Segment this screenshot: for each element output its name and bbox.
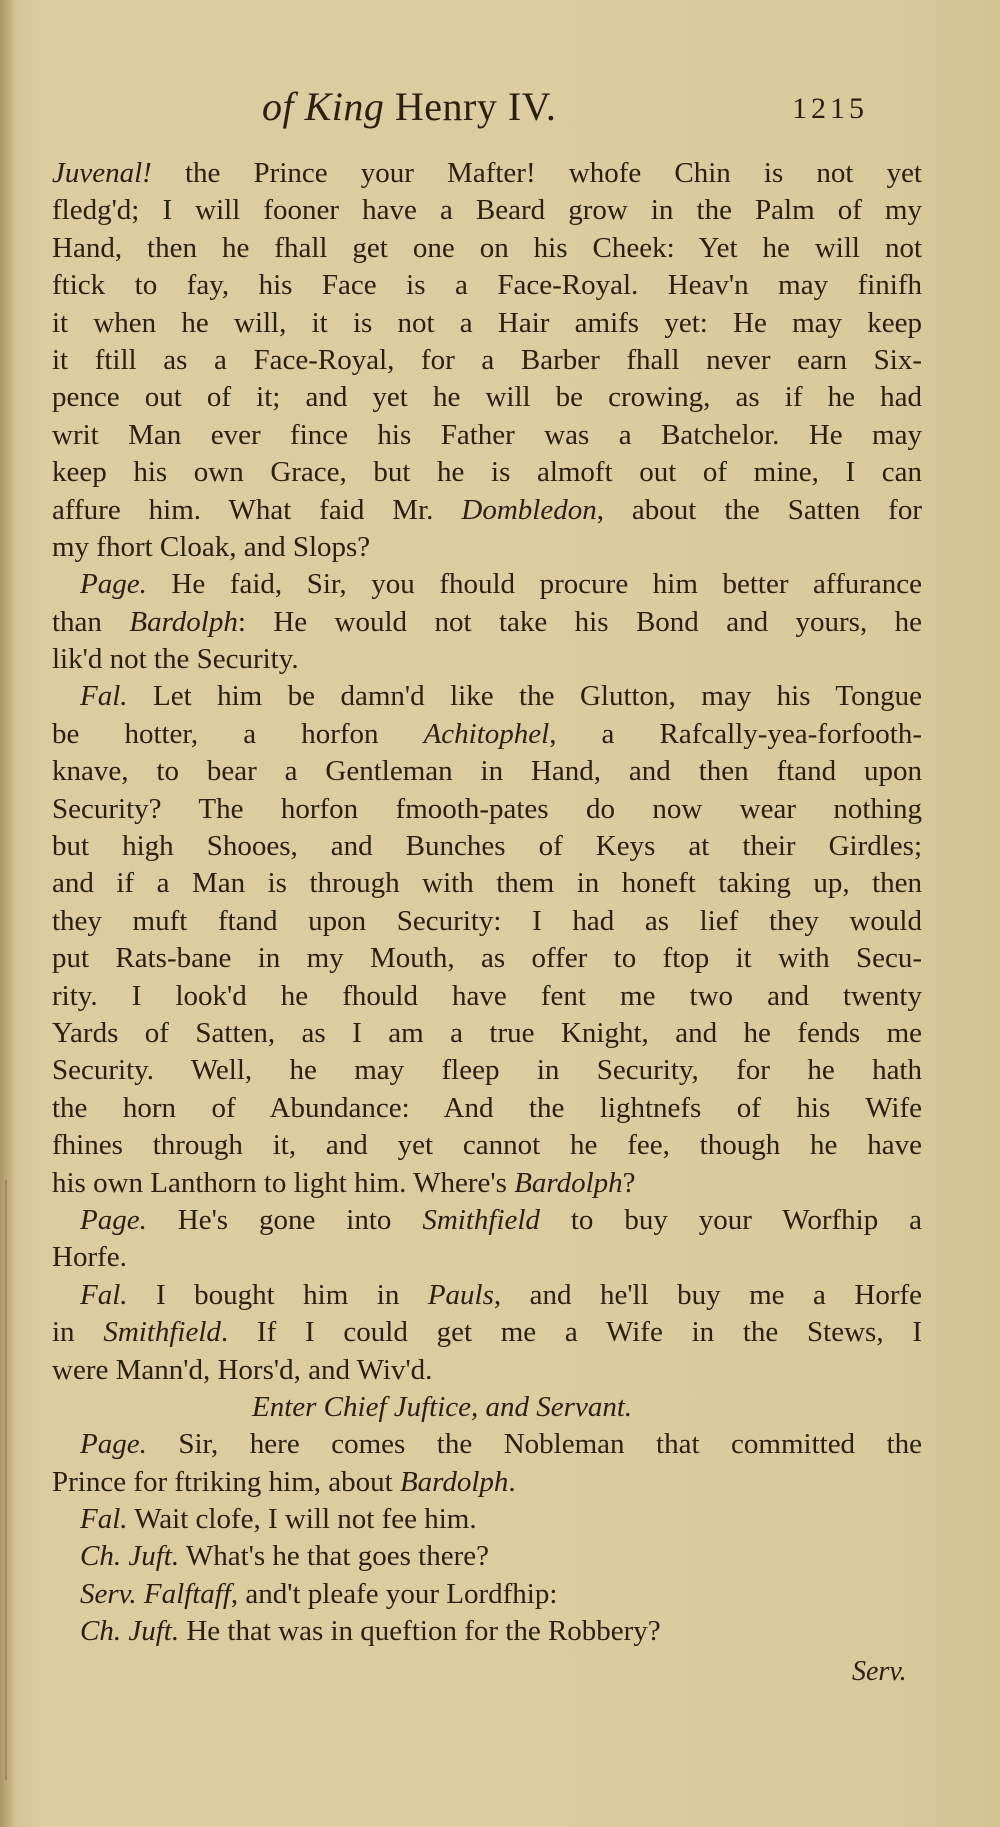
- text-line: ftick to fay, his Face is a Face-Royal. …: [52, 267, 922, 304]
- italic-text: Ch. Juft.: [80, 1615, 179, 1647]
- text-line: they muft ftand upon Security: I had as …: [52, 903, 922, 940]
- text-line: Page. He faid, Sir, you fhould procure h…: [52, 566, 922, 603]
- text-span: it when he will, it is not a Hair amifs …: [52, 307, 922, 339]
- page-header: of King Henry IV. 1215: [0, 82, 1000, 132]
- text-line: his own Lanthorn to light him. Where's B…: [52, 1165, 922, 1202]
- page-number: 1215: [792, 84, 868, 134]
- text-line: than Bardolph: He would not take his Bon…: [52, 604, 922, 641]
- text-span: He that was in queftion for the Robbery?: [179, 1615, 661, 1647]
- italic-text: Smithfield: [422, 1204, 540, 1236]
- text-line: rity. I look'd he fhould have fent me tw…: [52, 978, 922, 1015]
- text-span: my fhort Cloak, and Slops?: [52, 531, 370, 563]
- text-span: his own Lanthorn to light him. Where's: [52, 1167, 514, 1199]
- text-line: it ftill as a Face-Royal, for a Barber f…: [52, 342, 922, 379]
- text-line: Juvenal! the Prince your Mafter! whofe C…: [52, 155, 922, 192]
- italic-text: Page.: [80, 1428, 147, 1460]
- text-span: He faid, Sir, you fhould procure him bet…: [147, 568, 922, 600]
- text-span: Wait clofe, I will not fee him.: [128, 1503, 477, 1535]
- text-span: Enter Chief Juftice, and Servant.: [252, 1391, 632, 1423]
- text-span: ftick to fay, his Face is a Face-Royal. …: [52, 269, 922, 301]
- italic-text: Page.: [80, 568, 147, 600]
- text-span: and if a Man is through with them in hon…: [52, 867, 922, 899]
- text-span: knave, to bear a Gentleman in Hand, and …: [52, 755, 922, 787]
- text-span: Sir, here comes the Nobleman that commit…: [147, 1428, 922, 1460]
- text-line: put Rats-bane in my Mouth, as offer to f…: [52, 940, 922, 977]
- text-line: Fal. Let him be damn'd like the Glutton,…: [52, 678, 922, 715]
- text-span: rity. I look'd he fhould have fent me tw…: [52, 980, 922, 1012]
- text-span: in: [52, 1316, 103, 1348]
- italic-text: Fal.: [80, 680, 128, 712]
- text-line: keep his own Grace, but he is almoft out…: [52, 454, 922, 491]
- italic-text: Bardolph: [514, 1167, 622, 1199]
- text-span: Security? The horfon fmooth-pates do now…: [52, 793, 922, 825]
- running-title-prefix: of King: [262, 84, 384, 129]
- text-span: to buy your Worfhip a: [540, 1204, 922, 1236]
- page-fold-mark: [5, 1180, 7, 1780]
- text-line: Prince for ftriking him, about Bardolph.: [52, 1464, 922, 1501]
- italic-text: Pauls: [428, 1279, 494, 1311]
- italic-text: Page.: [80, 1204, 147, 1236]
- text-span: , and he'll buy me a Horfe: [494, 1279, 922, 1311]
- text-span: keep his own Grace, but he is almoft out…: [52, 456, 922, 488]
- text-span: , and't pleafe your Lordfhip:: [231, 1578, 558, 1610]
- text-span: : He would not take his Bond and yours, …: [238, 606, 922, 638]
- text-line: be hotter, a horfon Achitophel, a Rafcal…: [52, 716, 922, 753]
- text-line: Security. Well, he may fleep in Security…: [52, 1052, 922, 1089]
- text-line: Page. Sir, here comes the Nobleman that …: [52, 1426, 922, 1463]
- text-line: Security? The horfon fmooth-pates do now…: [52, 791, 922, 828]
- text-line: fledg'd; I will fooner have a Beard grow…: [52, 192, 922, 229]
- text-line: Ch. Juft. He that was in queftion for th…: [52, 1613, 922, 1650]
- text-line: but high Shooes, and Bunches of Keys at …: [52, 828, 922, 865]
- italic-text: Achitophel: [424, 718, 550, 750]
- text-line: the horn of Abundance: And the lightnefs…: [52, 1090, 922, 1127]
- text-span: He's gone into: [147, 1204, 422, 1236]
- running-title-main: Henry IV.: [395, 84, 557, 129]
- italic-text: Fal.: [80, 1503, 128, 1535]
- text-line: Ch. Juft. What's he that goes there?: [52, 1538, 922, 1575]
- italic-text: Ch. Juft.: [80, 1540, 179, 1572]
- text-line: Hand, then he fhall get one on his Cheek…: [52, 230, 922, 267]
- text-span: I bought him in: [128, 1279, 428, 1311]
- text-span: fhines through it, and yet cannot he fee…: [52, 1129, 922, 1161]
- text-line: affure him. What faid Mr. Dombledon, abo…: [52, 492, 922, 529]
- text-span: put Rats-bane in my Mouth, as offer to f…: [52, 942, 922, 974]
- text-line: Horfe.: [52, 1239, 922, 1276]
- text-span: Prince for ftriking him, about: [52, 1466, 400, 1498]
- text-span: pence out of it; and yet he will be crow…: [52, 381, 922, 413]
- text-span: than: [52, 606, 129, 638]
- italic-text: Dombledon: [461, 494, 596, 526]
- catchword: Serv.: [852, 1653, 907, 1690]
- running-title: of King Henry IV.: [262, 82, 556, 132]
- text-span: affure him. What faid Mr.: [52, 494, 461, 526]
- text-span: , about the Satten for: [597, 494, 922, 526]
- text-span: lik'd not the Security.: [52, 643, 299, 675]
- text-line: and if a Man is through with them in hon…: [52, 865, 922, 902]
- italic-text: Bardolph: [129, 606, 237, 638]
- italic-text: Fal.: [80, 1279, 128, 1311]
- text-span: be hotter, a horfon: [52, 718, 424, 750]
- italic-text: Juvenal!: [52, 157, 152, 189]
- text-line: pence out of it; and yet he will be crow…: [52, 379, 922, 416]
- text-span: the Prince your Mafter! whofe Chin is no…: [152, 157, 922, 189]
- text-line: fhines through it, and yet cannot he fee…: [52, 1127, 922, 1164]
- text-span: the horn of Abundance: And the lightnefs…: [52, 1092, 922, 1124]
- text-span: they muft ftand upon Security: I had as …: [52, 905, 922, 937]
- text-line: lik'd not the Security.: [52, 641, 922, 678]
- text-span: . If I could get me a Wife in the Stews,…: [221, 1316, 922, 1348]
- text-line: Fal. I bought him in Pauls, and he'll bu…: [52, 1277, 922, 1314]
- text-line: Page. He's gone into Smithfield to buy y…: [52, 1202, 922, 1239]
- italic-text: Serv. Falftaff: [80, 1578, 231, 1610]
- text-span: writ Man ever fince his Father was a Bat…: [52, 419, 922, 451]
- text-line: writ Man ever fince his Father was a Bat…: [52, 417, 922, 454]
- text-span: were Mann'd, Hors'd, and Wiv'd.: [52, 1354, 432, 1386]
- italic-text: Bardolph: [400, 1466, 508, 1498]
- text-span: Hand, then he fhall get one on his Cheek…: [52, 232, 922, 264]
- text-span: ?: [623, 1167, 636, 1199]
- text-span: Yards of Satten, as I am a true Knight, …: [52, 1017, 922, 1049]
- text-span: but high Shooes, and Bunches of Keys at …: [52, 830, 922, 862]
- text-line: Enter Chief Juftice, and Servant.: [52, 1389, 922, 1426]
- text-span: fledg'd; I will fooner have a Beard grow…: [52, 194, 922, 226]
- italic-text: Smithfield: [103, 1316, 221, 1348]
- text-line: were Mann'd, Hors'd, and Wiv'd.: [52, 1352, 922, 1389]
- text-span: What's he that goes there?: [179, 1540, 489, 1572]
- text-span: .: [508, 1466, 515, 1498]
- text-span: , a Rafcally-yea-forfooth-: [549, 718, 922, 750]
- body-text: Juvenal! the Prince your Mafter! whofe C…: [52, 155, 922, 1651]
- text-span: it ftill as a Face-Royal, for a Barber f…: [52, 344, 922, 376]
- text-line: knave, to bear a Gentleman in Hand, and …: [52, 753, 922, 790]
- text-line: Serv. Falftaff, and't pleafe your Lordfh…: [52, 1576, 922, 1613]
- text-span: Let him be damn'd like the Glutton, may …: [128, 680, 922, 712]
- text-line: my fhort Cloak, and Slops?: [52, 529, 922, 566]
- text-span: Horfe.: [52, 1241, 127, 1273]
- page-gutter-shadow: [0, 0, 16, 1827]
- text-line: it when he will, it is not a Hair amifs …: [52, 305, 922, 342]
- text-line: Yards of Satten, as I am a true Knight, …: [52, 1015, 922, 1052]
- text-span: Security. Well, he may fleep in Security…: [52, 1054, 922, 1086]
- text-line: Fal. Wait clofe, I will not fee him.: [52, 1501, 922, 1538]
- text-line: in Smithfield. If I could get me a Wife …: [52, 1314, 922, 1351]
